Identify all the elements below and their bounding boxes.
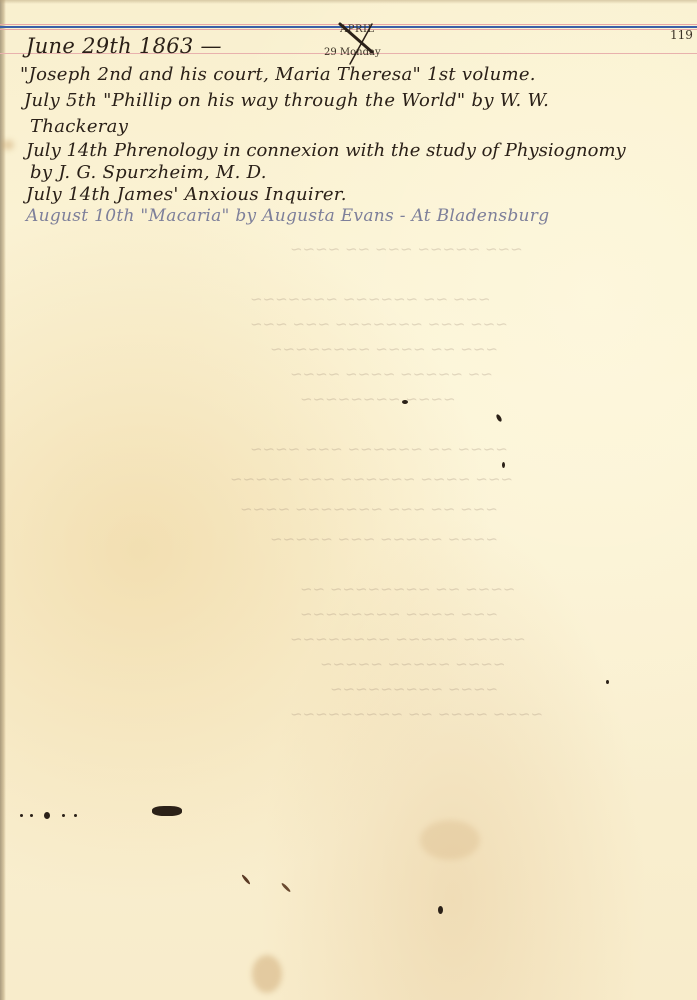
ink-blot (62, 814, 65, 817)
ink-blot (74, 814, 77, 817)
entry-line-pencil: August 10th "Macaria" by Augusta Evans -… (26, 206, 549, 226)
bleed-through-text: ~~~ ~~ ~~~~ ~~~~~~~~ (270, 340, 498, 358)
entry-line: July 14th Phrenology in connexion with t… (26, 140, 626, 161)
ink-blot (502, 462, 505, 468)
bleed-through-text: ~~~~~ ~~~~~ ~~~~~~~~ (290, 630, 526, 648)
ink-blot (402, 400, 408, 404)
page-top-edge (0, 0, 697, 4)
bleed-through-text: ~~~ ~~ ~~~ ~~~~~~~ ~~~~ (240, 500, 498, 518)
cross-out-mark (332, 18, 382, 68)
bleed-through-text: ~~~~ ~~~~~~~~~ (330, 680, 498, 698)
bleed-through-text: ~~~ ~~~ ~~~~~~~ ~~~ ~~~ (250, 315, 508, 333)
page-binding-edge (0, 0, 6, 1000)
bleed-through-text: ~~~~ ~~ ~~~~~~ ~~~ ~~~~ (250, 440, 508, 458)
ink-blot (152, 806, 182, 816)
ink-blot (495, 414, 502, 423)
bleed-through-text: ~~~~ ~~~~ ~~ ~~~~~~~~~ (290, 705, 543, 723)
entry-date-heading: June 29th 1863 — (26, 34, 222, 58)
entry-line: July 5th "Phillip on his way through the… (24, 90, 549, 111)
ink-streak (241, 874, 251, 885)
edge-stain (2, 140, 14, 150)
entry-line: "Joseph 2nd and his court, Maria Theresa… (20, 64, 536, 85)
page-number: 119 (670, 28, 693, 42)
ink-blot (438, 906, 443, 914)
entry-line: July 14th James' Anxious Inquirer. (26, 184, 347, 205)
bleed-through-text: ~~~~ ~~ ~~~~~~~~ ~~ (300, 580, 515, 598)
bleed-through-text: ~~~ ~~ ~~~~~~ ~~~~~~~ (250, 290, 491, 308)
entry-line: Thackeray (30, 116, 128, 137)
water-stain (420, 820, 480, 860)
ink-blot (30, 814, 33, 817)
diary-page: APRIL 29 Monday 119 June 29th 1863 — "Jo… (0, 0, 697, 1000)
bleed-through-text: ~~~~ ~~~~~~~~ (300, 390, 456, 408)
ink-blot (44, 812, 50, 819)
bleed-through-text: ~~~~ ~~~~~ ~~~~~ (320, 655, 506, 673)
bleed-through-text: ~~~ ~~~~ ~~~~~~ ~~~ ~~~~~ (230, 470, 513, 488)
bleed-through-text: ~~~ ~~~~~ ~~~ ~~ ~~~~ (290, 240, 523, 258)
entry-line: by J. G. Spurzheim, M. D. (30, 162, 267, 183)
bleed-through-text: ~~~~ ~~~~~ ~~~ ~~~~~ (270, 530, 498, 548)
bleed-through-text: ~~ ~~~~~ ~~~~ ~~~~ (290, 365, 493, 383)
ink-blot (606, 680, 609, 684)
ink-streak (281, 882, 292, 893)
bleed-through-text: ~~~ ~~~~ ~~~~~~~~ (300, 605, 498, 623)
ink-blot (20, 814, 23, 817)
water-stain (252, 955, 282, 993)
